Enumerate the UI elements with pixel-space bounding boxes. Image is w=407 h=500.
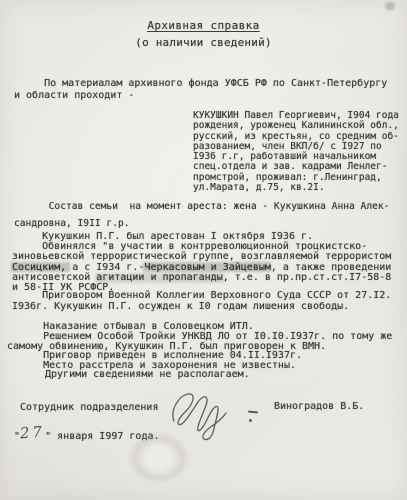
scan-speck xyxy=(385,2,395,10)
accusation-paragraph: Кукушкин П.Г. был арестован I октября I9… xyxy=(12,232,391,293)
subject-details-block: КУКУШКИН Павел Георгиевич, I904 года рож… xyxy=(193,111,399,193)
punishment-paragraph: Наказание отбывал в Соловецком ИТЛ. Реше… xyxy=(7,322,392,371)
archival-certificate-page: Архивная справка (о наличии сведений) По… xyxy=(0,0,407,500)
sentence-paragraph: Приговором Военной Коллегии Верховного С… xyxy=(12,291,391,312)
family-paragraph: Состав семьи на момент ареста: жена - Ку… xyxy=(14,199,389,232)
signer-name: Виноградов В.Б. xyxy=(274,402,364,412)
signature-dot-mark xyxy=(249,419,252,422)
paper-stain xyxy=(128,432,190,484)
handwritten-day: 27 xyxy=(20,427,46,439)
doc-title: Архивная справка xyxy=(0,21,407,31)
closing-paragraph: Другими сведениями не располагаем. xyxy=(45,370,250,380)
signature-scribble xyxy=(167,388,253,442)
signer-role-label: Сотрудник подразделения xyxy=(20,403,158,413)
intro-paragraph: По материалам архивного фонда УФСБ РФ по… xyxy=(14,78,387,102)
doc-subtitle: (о наличии сведений) xyxy=(0,38,407,48)
